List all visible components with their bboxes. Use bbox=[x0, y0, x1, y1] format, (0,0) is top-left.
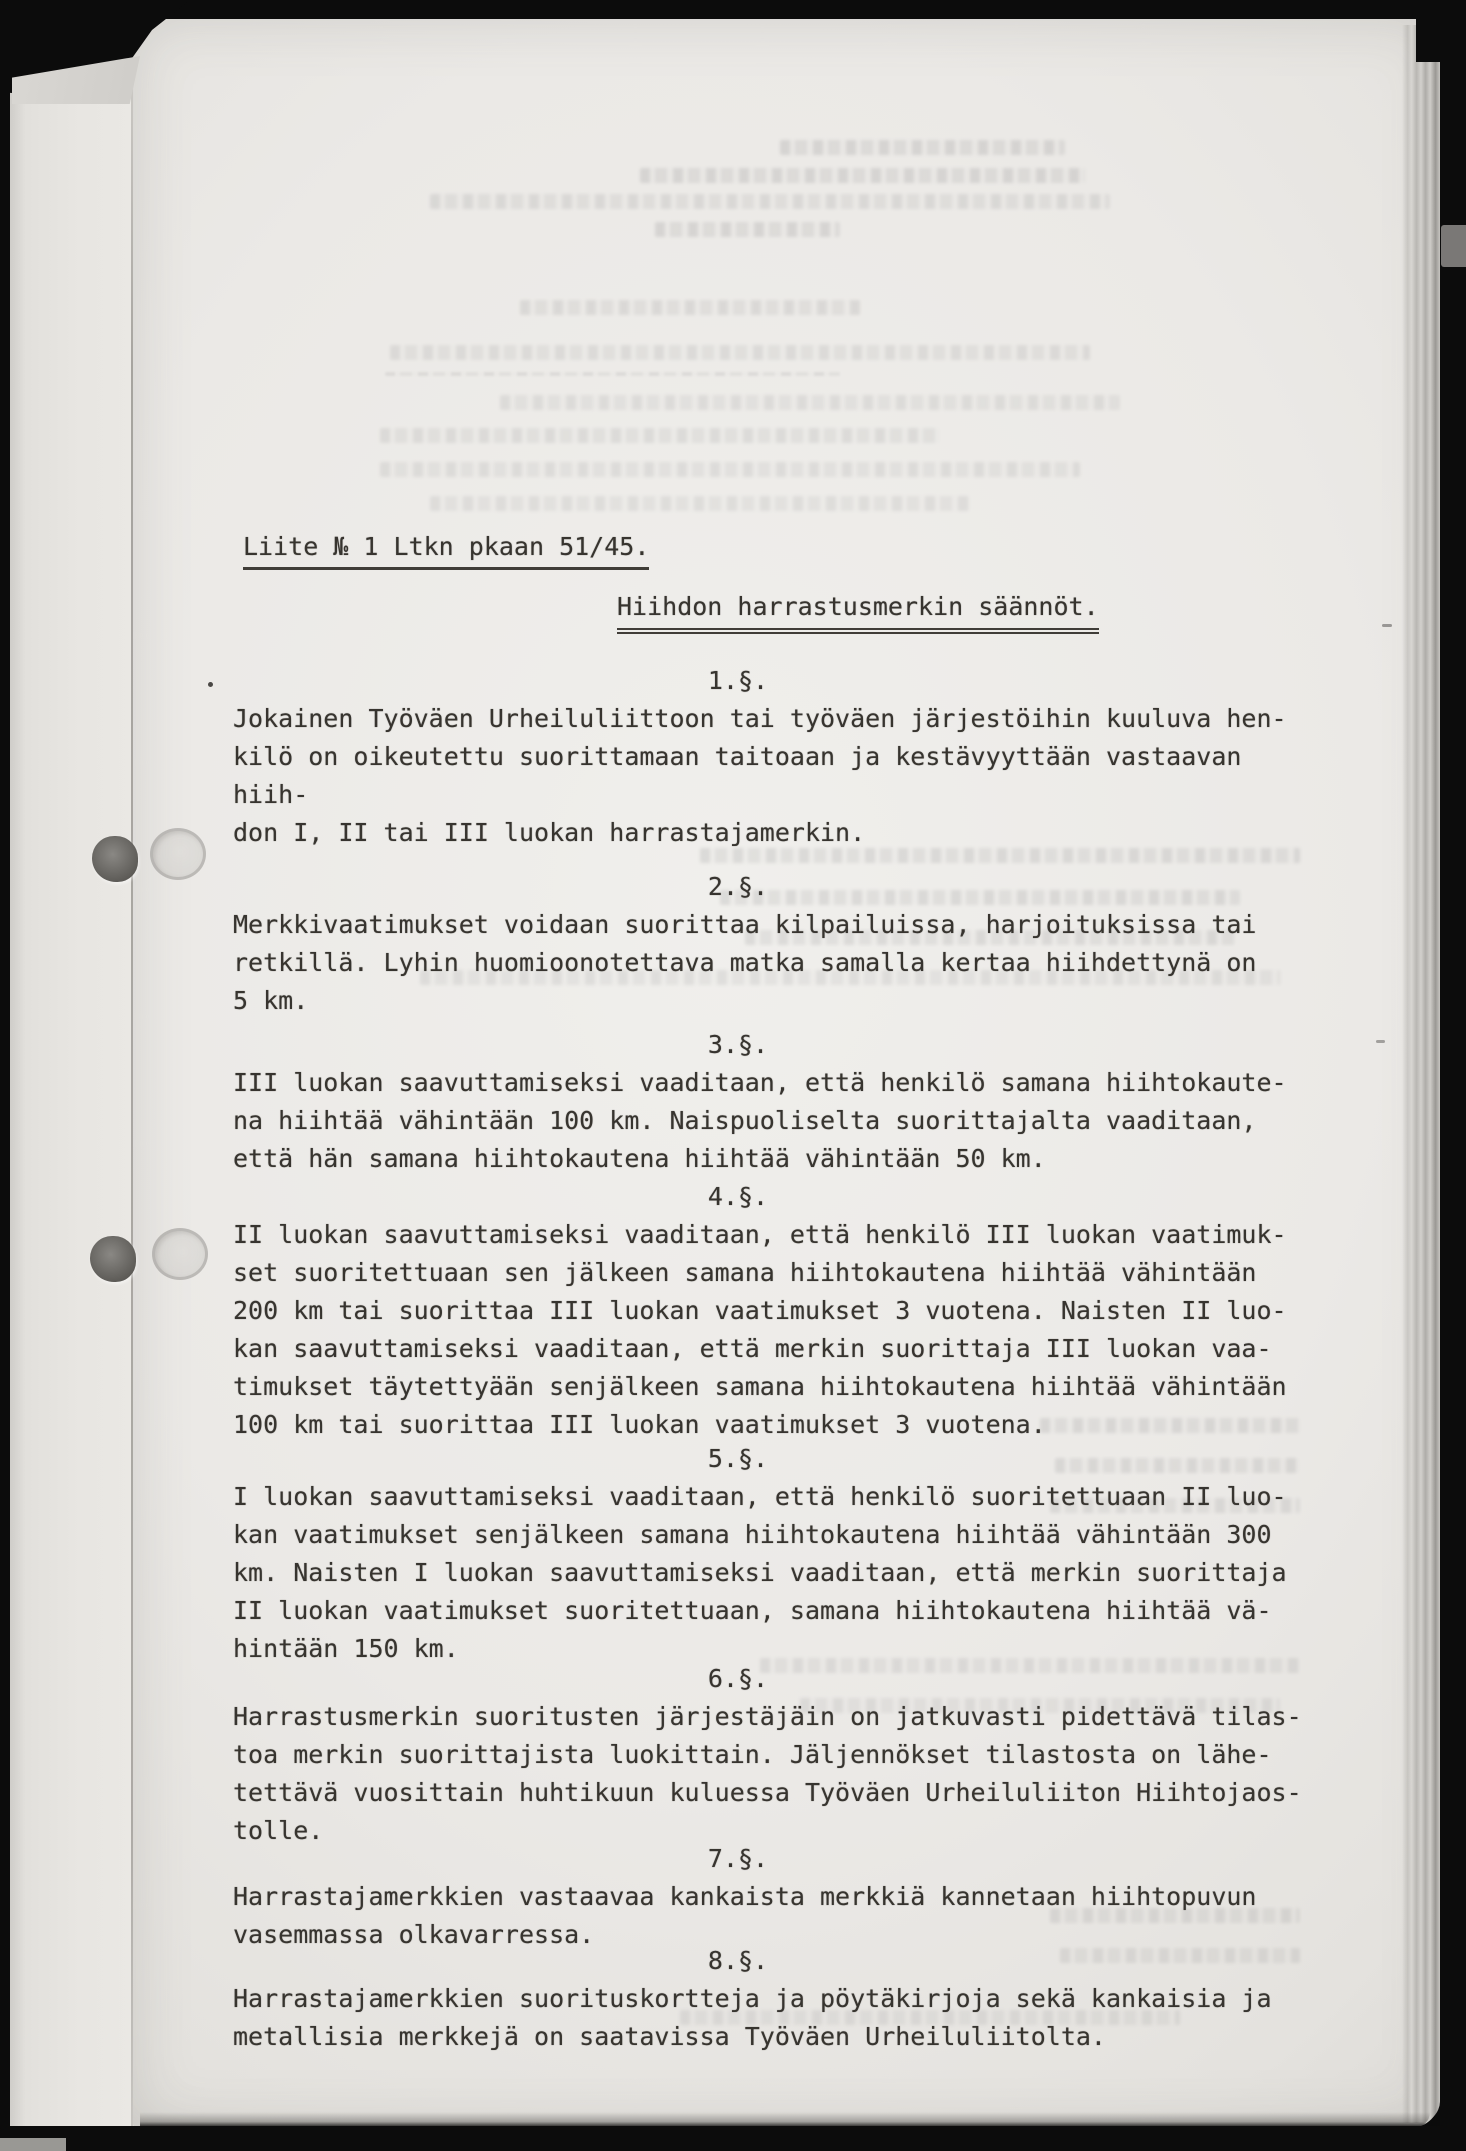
stacked-pages-edge bbox=[1402, 25, 1440, 2123]
document-body: Liite № 1 Ltkn pkaan 51/45. Hiihdon harr… bbox=[233, 528, 1318, 2056]
punch-hole-bottom bbox=[90, 1236, 136, 1282]
punch-hole-top bbox=[92, 836, 138, 882]
punch-hole-impression-bottom bbox=[152, 1228, 208, 1280]
section-6-body: Harrastusmerkin suoritusten järjestäjäin… bbox=[233, 1698, 1318, 1850]
annotation-line: Liite № 1 Ltkn pkaan 51/45. bbox=[233, 528, 1318, 570]
scan-border-right bbox=[1440, 0, 1466, 2151]
section-7-heading: 7.§. bbox=[233, 1840, 1243, 1878]
page-edge-notch bbox=[1441, 225, 1466, 267]
section-2-heading: 2.§. bbox=[233, 868, 1243, 906]
section-3-body: III luokan saavuttamiseksi vaaditaan, et… bbox=[233, 1064, 1318, 1178]
section-1-body: Jokainen Työväen Urheiluliittoon tai työ… bbox=[233, 700, 1318, 852]
section-5-body: I luokan saavuttamiseksi vaaditaan, että… bbox=[233, 1478, 1318, 1668]
section-4-body: II luokan saavuttamiseksi vaaditaan, ett… bbox=[233, 1216, 1318, 1444]
document-title: Hiihdon harrastusmerkin säännöt. bbox=[617, 588, 1099, 634]
section-5-heading: 5.§. bbox=[233, 1440, 1243, 1478]
section-4-heading: 4.§. bbox=[233, 1178, 1243, 1216]
ink-speck bbox=[1382, 624, 1392, 627]
section-1-heading: 1.§. bbox=[233, 662, 1243, 700]
page-fold-line bbox=[131, 60, 133, 2128]
annotation-reference: Liite № 1 Ltkn pkaan 51/45. bbox=[243, 528, 649, 570]
scan-border-top bbox=[0, 0, 1466, 19]
section-2-body: Merkkivaatimukset voidaan suorittaa kilp… bbox=[233, 906, 1318, 1020]
scan-border-left bbox=[0, 0, 10, 2151]
title-line: Hiihdon harrastusmerkin säännöt. bbox=[233, 570, 1318, 634]
underlying-page-edge bbox=[10, 20, 140, 2132]
ink-speck bbox=[1376, 1040, 1385, 1043]
ink-speck bbox=[208, 682, 213, 687]
punch-hole-impression-top bbox=[150, 828, 206, 880]
scanned-document-page: Liite № 1 Ltkn pkaan 51/45. Hiihdon harr… bbox=[0, 0, 1466, 2151]
page-edge-sliver bbox=[0, 2138, 66, 2151]
section-8-body: Harrastajamerkkien suorituskortteja ja p… bbox=[233, 1980, 1318, 2056]
scan-border-bottom bbox=[0, 2126, 1466, 2151]
section-3-heading: 3.§. bbox=[233, 1026, 1243, 1064]
